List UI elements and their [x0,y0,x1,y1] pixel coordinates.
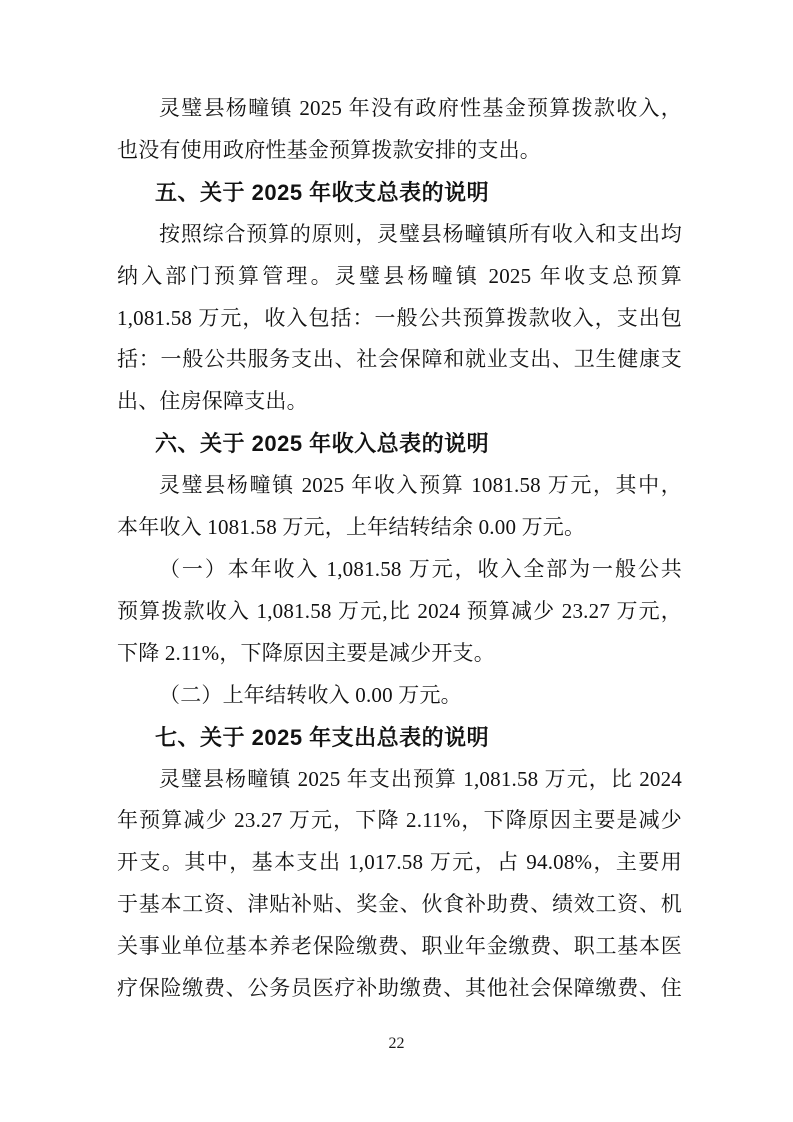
body-line: 灵璧县杨疃镇 2025 年收入预算 1081.58 万元，其中， [117,465,682,507]
body-line: 按照综合预算的原则，灵璧县杨疃镇所有收入和支出均 [117,214,682,256]
body-line: 也没有使用政府性基金预算拨款安排的支出。 [117,130,682,172]
section-heading-6: 六、关于 2025 年收入总表的说明 [117,423,682,465]
body-line: 灵璧县杨疃镇 2025 年支出预算 1,081.58 万元，比 2024 [117,759,682,801]
body-line: 括：一般公共服务支出、社会保障和就业支出、卫生健康支 [117,339,682,381]
body-line: 1,081.58 万元，收入包括：一般公共预算拨款收入，支出包 [117,298,682,340]
body-line: 开支。其中，基本支出 1,017.58 万元，占 94.08%，主要用 [117,842,682,884]
body-line: 关事业单位基本养老保险缴费、职业年金缴费、职工基本医 [117,926,682,968]
body-line: （一）本年收入 1,081.58 万元，收入全部为一般公共 [117,549,682,591]
body-line: 出、住房保障支出。 [117,381,682,423]
body-line: 本年收入 1081.58 万元，上年结转结余 0.00 万元。 [117,507,682,549]
body-line: 疗保险缴费、公务员医疗补助缴费、其他社会保障缴费、住 [117,968,682,1010]
document-text-block: 灵璧县杨疃镇 2025 年没有政府性基金预算拨款收入， 也没有使用政府性基金预算… [117,88,682,1010]
body-line: 下降 2.11%，下降原因主要是减少开支。 [117,633,682,675]
body-line: 纳入部门预算管理。灵璧县杨疃镇 2025 年收支总预算 [117,256,682,298]
body-line: 于基本工资、津贴补贴、奖金、伙食补助费、绩效工资、机 [117,884,682,926]
body-line: （二）上年结转收入 0.00 万元。 [117,675,682,717]
section-heading-5: 五、关于 2025 年收支总表的说明 [117,172,682,214]
body-line: 年预算减少 23.27 万元，下降 2.11%，下降原因主要是减少 [117,800,682,842]
document-page: 灵璧县杨疃镇 2025 年没有政府性基金预算拨款收入， 也没有使用政府性基金预算… [0,0,793,1122]
section-heading-7: 七、关于 2025 年支出总表的说明 [117,717,682,759]
body-line: 灵璧县杨疃镇 2025 年没有政府性基金预算拨款收入， [117,88,682,130]
body-line: 预算拨款收入 1,081.58 万元,比 2024 预算减少 23.27 万元， [117,591,682,633]
page-number: 22 [0,1034,793,1054]
